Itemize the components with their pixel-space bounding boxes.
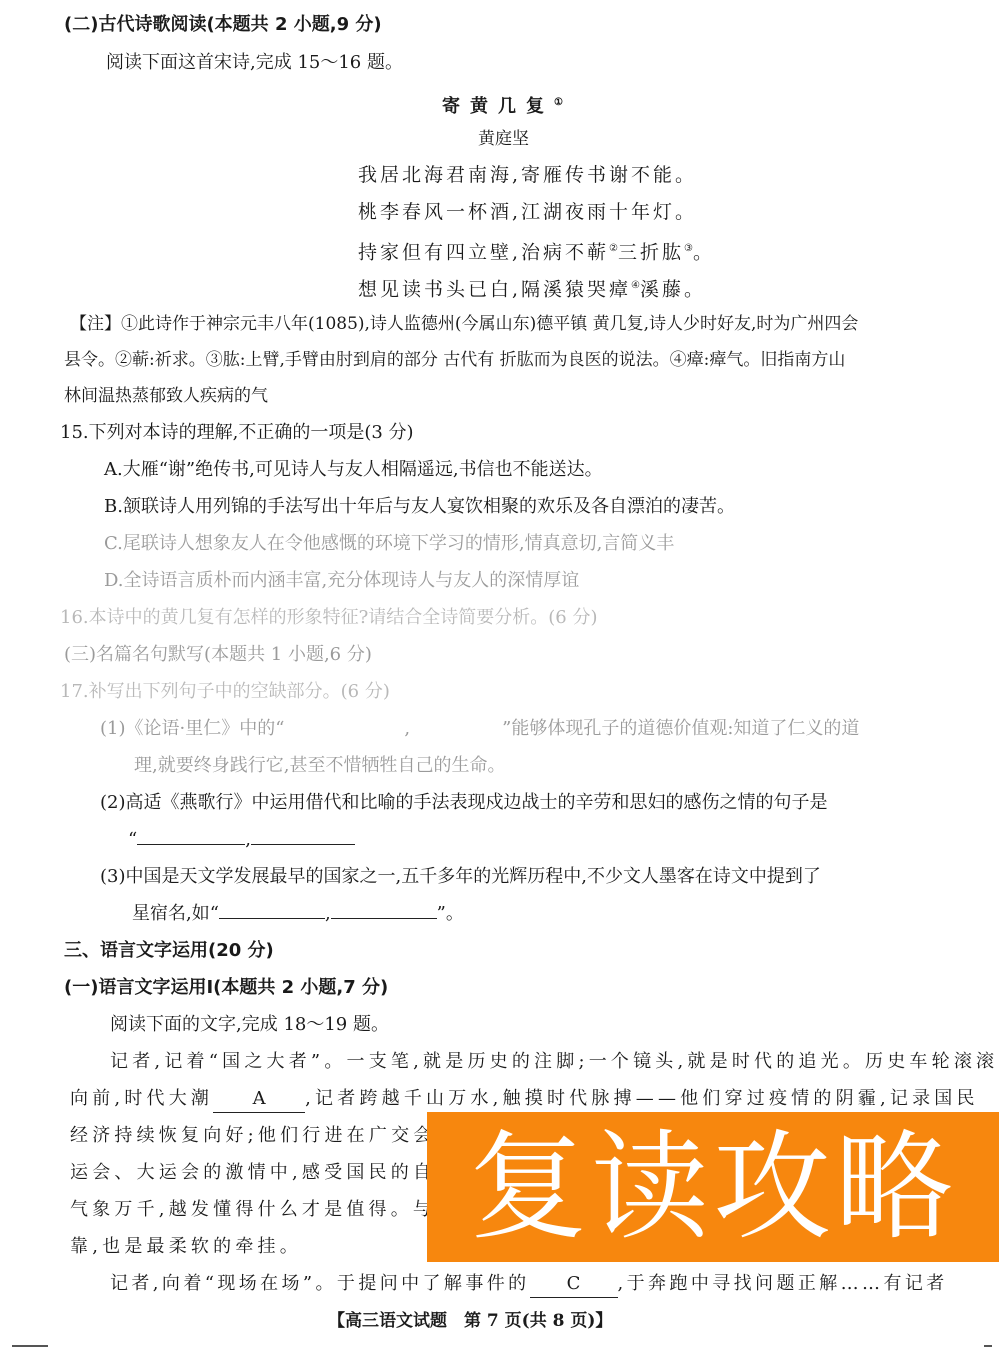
- item-1-suffix: ”能够体现孔子的道德价值观:知道了仁义的道: [502, 718, 859, 739]
- question-15-stem: 15.下列对本诗的理解,不正确的一项是(3 分): [60, 420, 414, 446]
- poem-line-1: 我居北海君南海,寄雁传书谢不能。: [358, 162, 697, 188]
- footnote-marker: ④: [631, 280, 640, 291]
- question-17-item-3: (3)中国是天文学发展最早的国家之一,五千多年的光辉历程中,不少文人墨客在诗文中…: [100, 864, 821, 890]
- passage-line-2-suffix: ,记者跨越千山万水,触摸时代脉搏——他们穿过疫情的阴霾,记录国民: [305, 1088, 979, 1109]
- page-footer: 【高三语文试题 第 7 页(共 8 页)】: [328, 1308, 612, 1334]
- answer-blank-1a[interactable]: [284, 733, 404, 734]
- answer-blank-a[interactable]: A: [213, 1086, 305, 1113]
- question-17-item-3-answer: 星宿名,如“,”。: [132, 901, 464, 927]
- passage-line-7: 记者,向着“现场在场”。于提问中了解事件的C,于奔跑中寻找问题正解……有记者: [110, 1271, 948, 1298]
- question-17-item-2-answer: “,: [128, 827, 355, 853]
- passage-line-2-prefix: 向前,时代大潮: [70, 1088, 213, 1109]
- section-heading-dictation: (三)名篇名句默写(本题共 1 小题,6 分): [64, 642, 372, 668]
- item-3-separator: ,: [325, 903, 331, 924]
- footnote-marker: ②: [609, 243, 618, 254]
- open-quote: “: [128, 829, 137, 850]
- item-3-prefix: 星宿名,如“: [132, 903, 219, 924]
- footnote-marker: ①: [554, 97, 563, 108]
- part-three-heading: 三、语言文字运用(20 分): [64, 938, 274, 964]
- passage-line-1: 记者,记着“国之大者”。一支笔,就是历史的注脚;一个镜头,就是时代的追光。历史车…: [110, 1049, 998, 1075]
- passage-line-6: 靠,也是最柔软的牵挂。: [70, 1234, 302, 1260]
- passage-line-3: 经济持续恢复向好;他们行进在广交会、进: [70, 1123, 480, 1149]
- poem-line-3-part3: 。: [693, 241, 715, 263]
- question-15-option-c: C.尾联诗人想象友人在令他感慨的环境下学习的情形,情真意切,言简义丰: [104, 531, 674, 557]
- poem-line-3-part2: 三折肱: [618, 241, 684, 263]
- poem-author: 黄庭坚: [478, 126, 529, 152]
- question-17-item-2: (2)高适《燕歌行》中运用借代和比喻的手法表现戍边战士的辛劳和思妇的感伤之情的句…: [100, 790, 828, 816]
- poem-title-text: 寄黄几复: [442, 96, 554, 117]
- poem-notes-line-3: 林间温热蒸郁致人疾病的气: [64, 383, 268, 409]
- answer-blank-2b[interactable]: [251, 844, 355, 845]
- poem-line-4: 想见读书头已白,隔溪猿哭瘴④溪藤。: [358, 273, 706, 302]
- scan-edge-mark-right: [984, 1345, 992, 1347]
- item-3-suffix: ”。: [437, 903, 464, 924]
- item-1-separator: ,: [404, 718, 410, 739]
- watermark-banner: 复读攻略: [427, 1112, 999, 1262]
- question-15-option-b: B.颔联诗人用列锦的手法写出十年后与友人宴饮相聚的欢乐及各自漂泊的凄苦。: [104, 494, 735, 520]
- section-heading-poetry: (二)古代诗歌阅读(本题共 2 小题,9 分): [64, 12, 382, 38]
- poem-line-3: 持家但有四立壁,治病不蕲②三折肱③。: [358, 236, 715, 265]
- poem-line-3-part1: 持家但有四立壁,治病不蕲: [358, 241, 609, 263]
- footnote-marker: ③: [684, 243, 693, 254]
- poem-line-2: 桃李春风一杯酒,江湖夜雨十年灯。: [358, 199, 697, 225]
- answer-blank-c[interactable]: C: [530, 1271, 618, 1298]
- passage-line-7-prefix: 记者,向着“现场在场”。于提问中了解事件的: [110, 1273, 530, 1294]
- poem-line-4-part1: 想见读书头已白,隔溪猿哭瘴: [358, 278, 631, 300]
- passage-line-2: 向前,时代大潮A,记者跨越千山万水,触摸时代脉搏——他们穿过疫情的阴霾,记录国民: [70, 1086, 979, 1113]
- watermark-text: 复读攻略: [469, 1128, 957, 1246]
- item-1-prefix: (1)《论语·里仁》中的“: [100, 718, 284, 739]
- poem-notes-line-2: 县令。②蕲:祈求。③肱:上臂,手臂由肘到肩的部分 古代有 折肱而为良医的说法。④…: [64, 347, 845, 373]
- poem-title: 寄黄几复①: [442, 90, 563, 120]
- scan-edge-mark-left: [12, 1345, 48, 1347]
- language-use-instruction: 阅读下面的文字,完成 18～19 题。: [110, 1012, 389, 1038]
- poem-line-4-part2: 溪藤。: [640, 278, 706, 300]
- question-17-item-1-line-2: 理,就要终身践行它,甚至不惜牺牲自己的生命。: [134, 753, 505, 779]
- question-15-option-a: A.大雁“谢”绝传书,可见诗人与友人相隔遥远,书信也不能送达。: [104, 457, 603, 483]
- question-16-stem: 16.本诗中的黄几复有怎样的形象特征?请结合全诗简要分析。(6 分): [60, 605, 598, 631]
- answer-blank-2a[interactable]: [137, 844, 245, 845]
- language-use-subheading: (一)语言文字运用Ⅰ(本题共 2 小题,7 分): [64, 975, 388, 1001]
- answer-blank-1b[interactable]: [410, 733, 502, 734]
- passage-line-5: 气象万千,越发懂得什么才是值得。与时: [70, 1197, 457, 1223]
- question-15-option-d: D.全诗语言质朴而内涵丰富,充分体现诗人与友人的深情厚谊: [104, 568, 579, 594]
- poem-notes-line-1: 【注】①此诗作于神宗元丰八年(1085),诗人监德州(今属山东)德平镇 黄几复,…: [70, 311, 858, 337]
- answer-blank-3a[interactable]: [219, 918, 325, 919]
- answer-blank-3b[interactable]: [331, 918, 437, 919]
- poetry-instruction: 阅读下面这首宋诗,完成 15～16 题。: [106, 50, 403, 76]
- question-17-item-1: (1)《论语·里仁》中的“,”能够体现孔子的道德价值观:知道了仁义的道: [100, 716, 859, 742]
- question-17-stem: 17.补写出下列句子中的空缺部分。(6 分): [60, 679, 390, 705]
- passage-line-7-suffix: ,于奔跑中寻找问题正解……有记者: [618, 1273, 948, 1294]
- item-2-separator: ,: [245, 829, 251, 850]
- passage-line-4: 运会、大运会的激情中,感受国民的自信自: [70, 1160, 480, 1186]
